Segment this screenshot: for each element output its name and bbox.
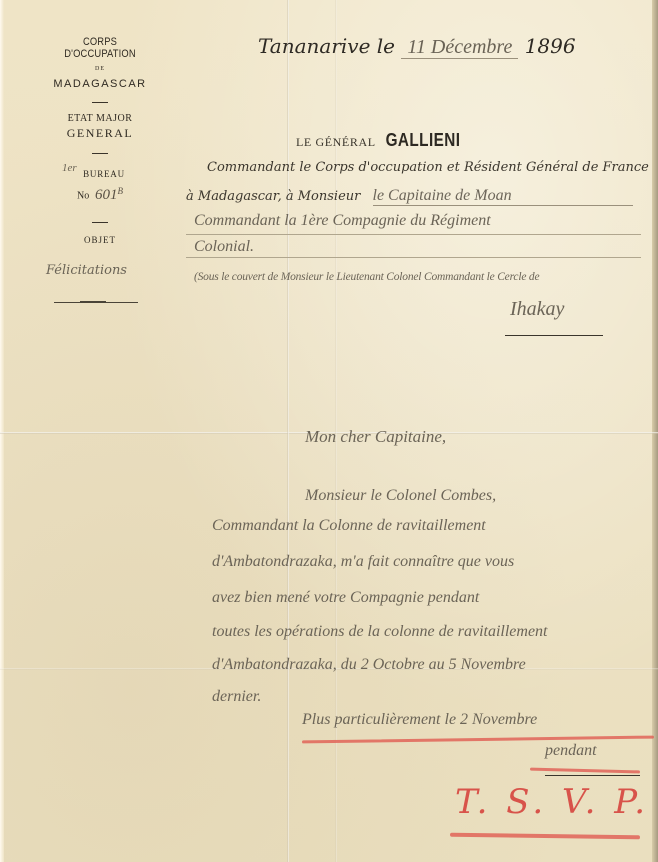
via-place: Ihakay <box>510 298 564 321</box>
closing-line-2: pendant <box>545 742 597 760</box>
body-line: toutes les opérations de la colonne de r… <box>212 623 548 641</box>
reference-number: No 601B <box>40 186 160 204</box>
date-line: Tananarive le 11 Décembre 1896 <box>258 34 576 59</box>
body-line: dernier. <box>212 688 261 706</box>
address-prefix: à Madagascar, à Monsieur <box>186 189 360 204</box>
via-place-underline <box>505 335 603 336</box>
annotation-tsvp: T. S. V. P. <box>455 782 649 822</box>
divider <box>92 222 108 223</box>
letterhead-corps: CORPS D'OCCUPATION <box>49 36 151 60</box>
body-line: avez bien mené votre Compagnie pendant <box>212 589 479 607</box>
via-line: (Sous le couvert de Monsieur le Lieutena… <box>194 271 539 283</box>
bureau-row: 1er BUREAU <box>40 164 160 180</box>
reference-number-suffix: B <box>117 186 123 196</box>
body-line: d'Ambatondrazaka, m'a fait connaître que… <box>212 553 514 571</box>
reference-number-label: No <box>77 191 89 202</box>
objet-value: Félicitations <box>40 263 160 278</box>
paper-edge-left <box>0 0 4 862</box>
salutation: Mon cher Capitaine, <box>305 427 446 447</box>
ruled-line <box>186 257 641 258</box>
closing-underline <box>545 775 640 776</box>
letterhead-place: MADAGASCAR <box>40 78 160 90</box>
letterhead-de: DE <box>40 66 160 72</box>
reference-number-value: 601 <box>95 187 118 203</box>
date-place: Tananarive le <box>258 34 395 58</box>
sender-command-line: Commandant le Corps d'occupation et Rési… <box>207 160 649 175</box>
bureau-label: BUREAU <box>75 169 125 179</box>
body-line: Monsieur le Colonel Combes, <box>305 487 496 505</box>
sender-prefix: LE GÉNÉRAL <box>296 135 375 149</box>
sender-title: LE GÉNÉRAL GALLIENI <box>296 130 467 151</box>
body-line: d'Ambatondrazaka, du 2 Octobre au 5 Nove… <box>212 656 526 674</box>
fold-crease-vertical <box>287 0 289 862</box>
divider <box>92 153 108 154</box>
objet-underline-accent <box>80 301 106 303</box>
recipient-line-2: Commandant la 1ère Compagnie du Régiment <box>194 212 491 230</box>
letterhead: CORPS D'OCCUPATION DE MADAGASCAR ETAT MA… <box>40 36 160 303</box>
recipient-line-1: le Capitaine de Moan <box>373 187 633 206</box>
body-line: Commandant la Colonne de ravitaillement <box>212 517 486 535</box>
sender-name: GALLIENI <box>385 130 460 151</box>
paper-edge-right <box>652 0 658 862</box>
divider <box>92 102 108 103</box>
bureau-number: 1er <box>62 162 77 174</box>
address-line: à Madagascar, à Monsieur le Capitaine de… <box>186 187 633 206</box>
objet-label: OBJET <box>40 235 160 245</box>
recipient-line-3: Colonial. <box>194 238 254 256</box>
ruled-line <box>186 234 641 235</box>
letterhead-etat-major: ETAT MAJOR <box>40 113 160 124</box>
closing-line-1: Plus particulièrement le 2 Novembre <box>302 711 537 729</box>
date-year: 1896 <box>525 34 576 58</box>
letterhead-general: GENERAL <box>40 126 160 141</box>
date-value: 11 Décembre <box>401 36 518 59</box>
